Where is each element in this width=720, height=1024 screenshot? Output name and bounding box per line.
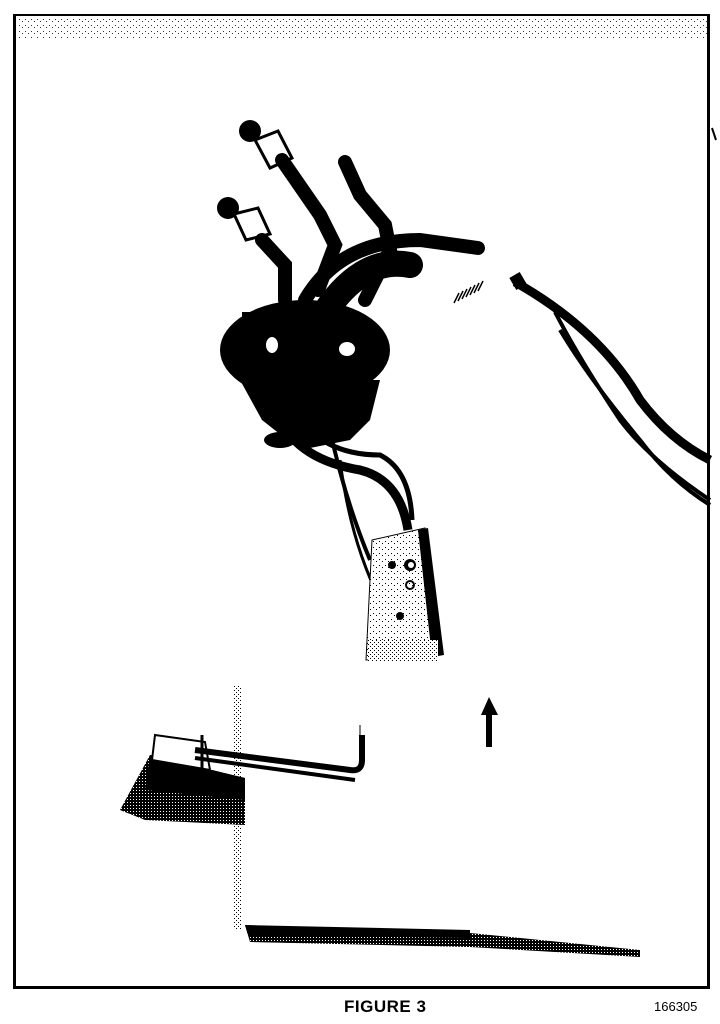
right-harness xyxy=(454,272,710,505)
edge-mark xyxy=(712,128,716,140)
figure-photo xyxy=(0,0,720,1024)
cabinet-panel xyxy=(237,685,640,957)
terminal-board xyxy=(366,528,444,662)
figure-label: FIGURE 3 xyxy=(344,997,426,1017)
tube-fittings xyxy=(217,120,478,320)
arrow-up-icon xyxy=(481,697,498,747)
top-speckle xyxy=(17,17,707,39)
figure-caption: FIGURE 3 166305 xyxy=(0,997,720,1021)
figure-reference-number: 166305 xyxy=(654,999,697,1014)
